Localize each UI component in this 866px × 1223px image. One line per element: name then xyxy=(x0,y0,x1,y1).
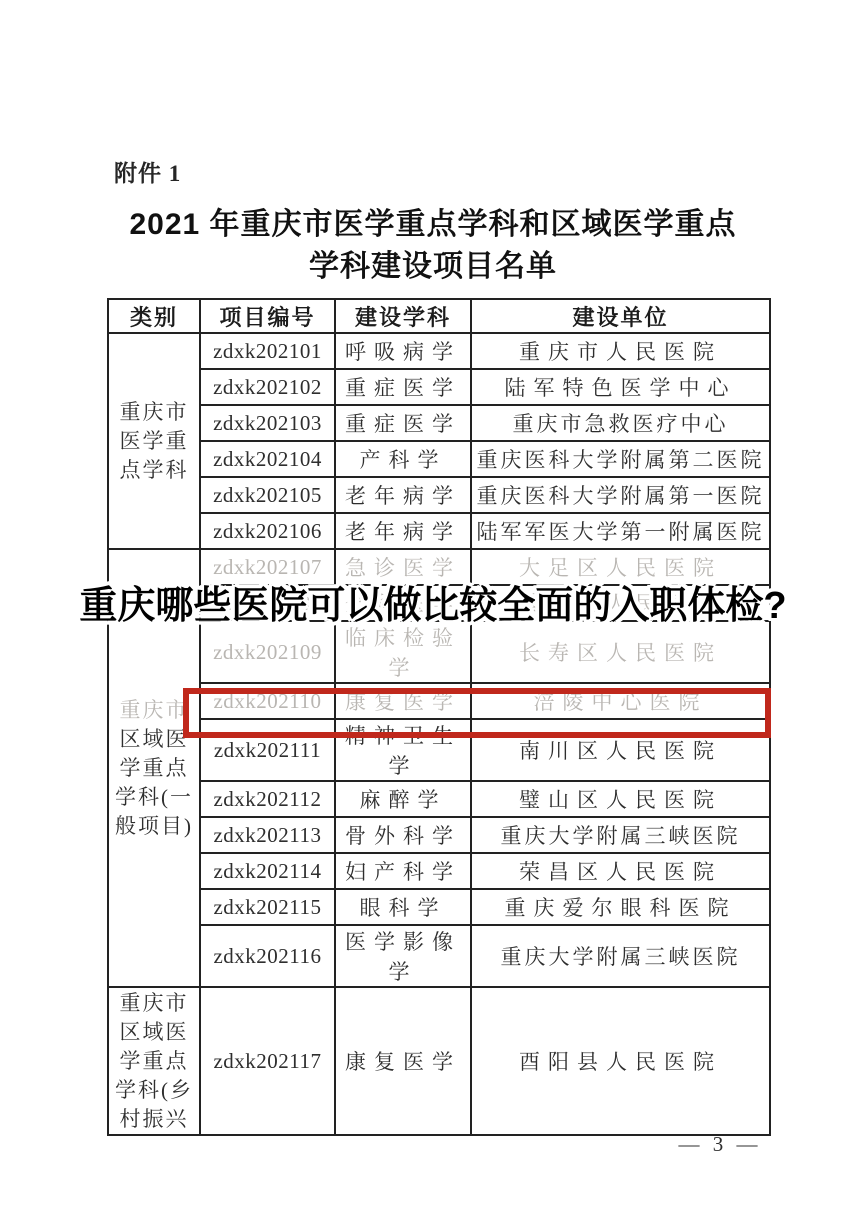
category-line: 般项目) xyxy=(109,812,199,841)
hospital-cell: 重庆大学附属三峡医院 xyxy=(471,925,770,987)
category-line: 点学科 xyxy=(109,456,199,485)
document-title-line2: 学科建设项目名单 xyxy=(0,246,866,288)
table-row: zdxk202109临床检验学长寿区人民医院 xyxy=(108,621,770,683)
hospital-cell: 重庆医科大学附属第一医院 xyxy=(471,477,770,513)
discipline-cell: 呼吸病学 xyxy=(335,333,471,369)
table-header-row: 类别项目编号建设学科建设单位 xyxy=(108,299,770,333)
column-header: 项目编号 xyxy=(200,299,335,333)
discipline-cell: 骨外科学 xyxy=(335,817,471,853)
category-cell: 重庆市医学重点学科 xyxy=(108,333,200,549)
discipline-cell: 急诊医学 xyxy=(335,549,471,585)
discipline-cell: 医学影像学 xyxy=(335,925,471,987)
table-row: zdxk202106老年病学陆军军医大学第一附属医院 xyxy=(108,513,770,549)
attachment-label: 附件 1 xyxy=(114,155,181,188)
hospital-cell: 陆军军医大学第一附属医院 xyxy=(471,513,770,549)
hospital-cell: 璧山区人民医院 xyxy=(471,781,770,817)
discipline-cell: 产科学 xyxy=(335,441,471,477)
table-row: zdxk202103重症医学重庆市急救医疗中心 xyxy=(108,405,770,441)
column-header: 建设学科 xyxy=(335,299,471,333)
project-code-cell: zdxk202105 xyxy=(200,477,335,513)
project-code-cell: zdxk202106 xyxy=(200,513,335,549)
hospital-cell: 大足区人民医院 xyxy=(471,549,770,585)
category-line: 村振兴 xyxy=(109,1105,199,1134)
project-code-cell: zdxk202112 xyxy=(200,781,335,817)
table-row: zdxk202105老年病学重庆医科大学附属第一医院 xyxy=(108,477,770,513)
project-code-cell: zdxk202113 xyxy=(200,817,335,853)
discipline-cell: 妇产科学 xyxy=(335,853,471,889)
project-code-cell: zdxk202104 xyxy=(200,441,335,477)
hospital-cell: 荣昌区人民医院 xyxy=(471,853,770,889)
category-line: 区域医 xyxy=(109,1018,199,1047)
table-row: zdxk202115眼科学重庆爱尔眼科医院 xyxy=(108,889,770,925)
discipline-cell: 临床检验学 xyxy=(335,621,471,683)
category-line: 重庆市 xyxy=(109,398,199,427)
project-code-cell: zdxk202103 xyxy=(200,405,335,441)
column-header: 类别 xyxy=(108,299,200,333)
hospital-cell: 陆军特色医学中心 xyxy=(471,369,770,405)
category-line: 学重点 xyxy=(109,754,199,783)
category-line: 学科(乡 xyxy=(109,1076,199,1105)
table-row: 重庆市医学重点学科zdxk202101呼吸病学重庆市人民医院 xyxy=(108,333,770,369)
discipline-cell: 重症医学 xyxy=(335,405,471,441)
table-row: zdxk202113骨外科学重庆大学附属三峡医院 xyxy=(108,817,770,853)
document-title-line1: 2021 年重庆市医学重点学科和区域医学重点 xyxy=(0,204,866,246)
hospital-cell: 长寿区人民医院 xyxy=(471,621,770,683)
table-row: zdxk202104产科学重庆医科大学附属第二医院 xyxy=(108,441,770,477)
table-row: zdxk202116医学影像学重庆大学附属三峡医院 xyxy=(108,925,770,987)
document-title: 2021 年重庆市医学重点学科和区域医学重点 学科建设项目名单 xyxy=(0,204,866,288)
project-code-cell: zdxk202109 xyxy=(200,621,335,683)
project-code-cell: zdxk202102 xyxy=(200,369,335,405)
hospital-cell: 重庆大学附属三峡医院 xyxy=(471,817,770,853)
highlight-box xyxy=(183,688,771,738)
hospital-cell: 重庆爱尔眼科医院 xyxy=(471,889,770,925)
hospital-cell: 重庆市急救医疗中心 xyxy=(471,405,770,441)
discipline-cell: 康复医学 xyxy=(335,987,471,1135)
category-cell: 重庆市区域医学重点学科(乡村振兴 xyxy=(108,987,200,1135)
page-number: — 3 — xyxy=(640,1132,800,1157)
discipline-cell: 老年病学 xyxy=(335,477,471,513)
watermark-text: 重庆哪些医院可以做比较全面的入职体检? xyxy=(0,583,866,629)
project-code-cell: zdxk202116 xyxy=(200,925,335,987)
discipline-cell: 重症医学 xyxy=(335,369,471,405)
category-line: 学重点 xyxy=(109,1047,199,1076)
document-page: 附件 1 2021 年重庆市医学重点学科和区域医学重点 学科建设项目名单 类别项… xyxy=(0,0,866,1223)
hospital-cell: 重庆市人民医院 xyxy=(471,333,770,369)
category-line: 医学重 xyxy=(109,427,199,456)
table-row: zdxk202112麻醉学璧山区人民医院 xyxy=(108,781,770,817)
table-row: 重庆市区域医学重点学科(乡村振兴zdxk202117康复医学酉阳县人民医院 xyxy=(108,987,770,1135)
discipline-cell: 麻醉学 xyxy=(335,781,471,817)
project-code-cell: zdxk202101 xyxy=(200,333,335,369)
discipline-cell: 眼科学 xyxy=(335,889,471,925)
category-line: 重庆市 xyxy=(109,989,199,1018)
hospital-cell: 酉阳县人民医院 xyxy=(471,987,770,1135)
table-row: zdxk202114妇产科学荣昌区人民医院 xyxy=(108,853,770,889)
discipline-cell: 老年病学 xyxy=(335,513,471,549)
column-header: 建设单位 xyxy=(471,299,770,333)
table-row: zdxk202102重症医学陆军特色医学中心 xyxy=(108,369,770,405)
table-row: 重庆市区域医学重点学科(一般项目)zdxk202107急诊医学大足区人民医院 xyxy=(108,549,770,585)
project-code-cell: zdxk202107 xyxy=(200,549,335,585)
project-code-cell: zdxk202117 xyxy=(200,987,335,1135)
project-code-cell: zdxk202115 xyxy=(200,889,335,925)
hospital-cell: 重庆医科大学附属第二医院 xyxy=(471,441,770,477)
project-code-cell: zdxk202114 xyxy=(200,853,335,889)
category-line: 学科(一 xyxy=(109,783,199,812)
